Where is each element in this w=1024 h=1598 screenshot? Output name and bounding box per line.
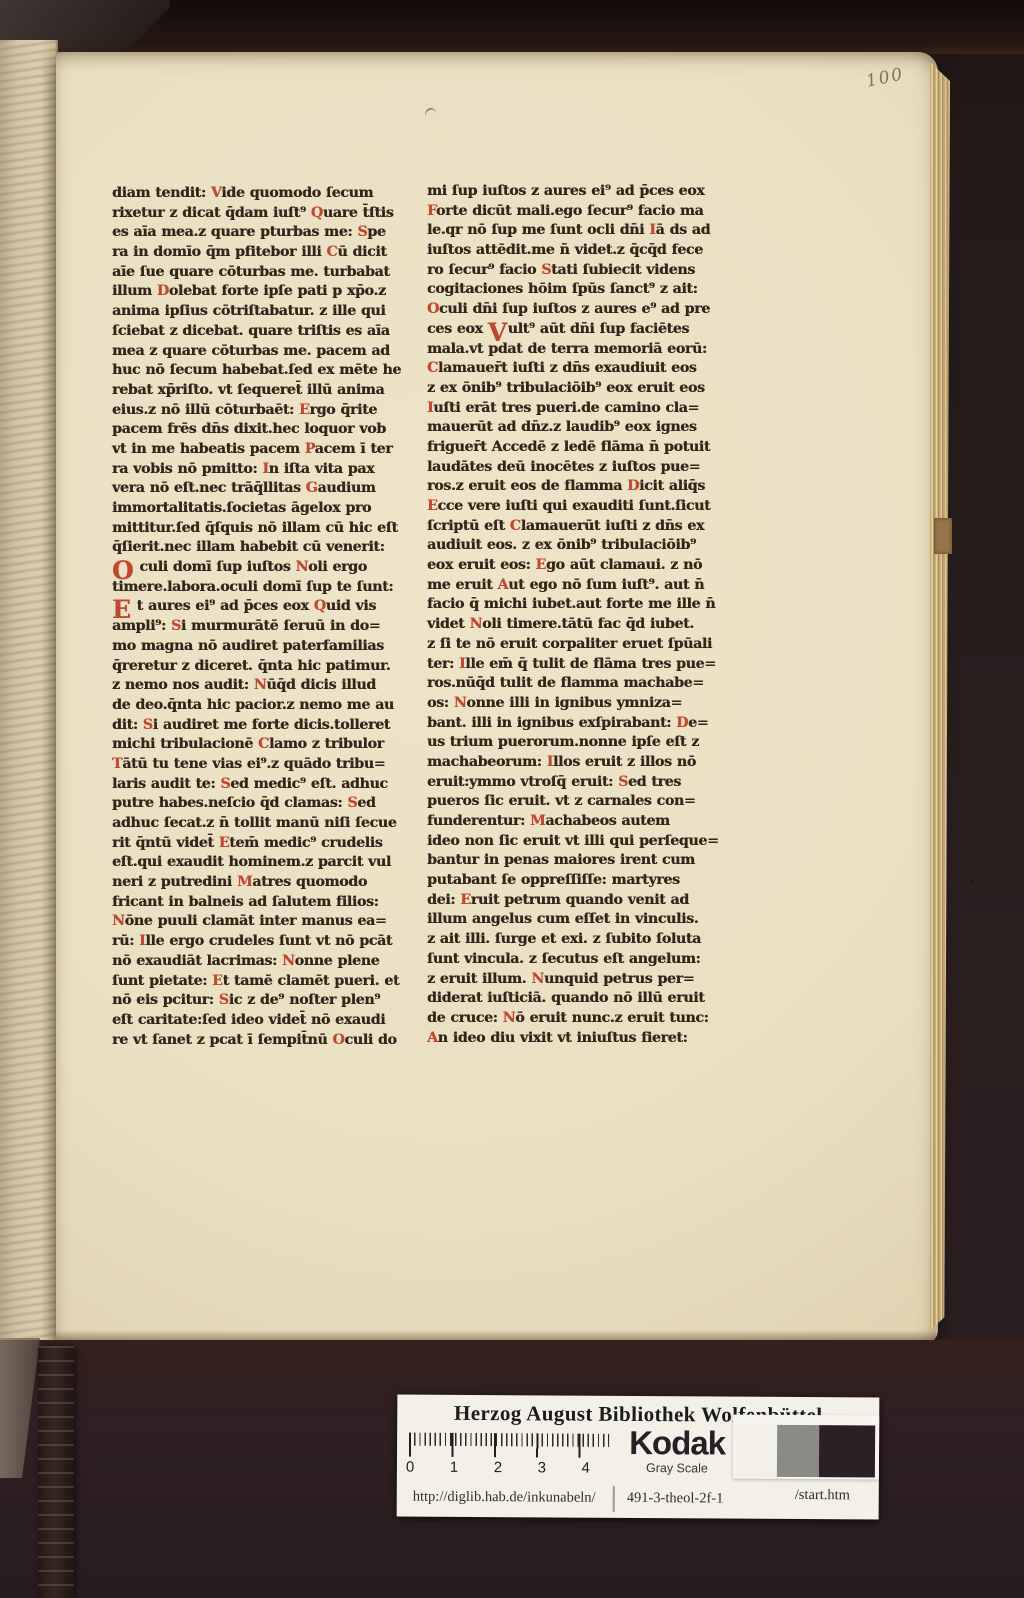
text-line: audiuit eos. z ex ōnib⁹ tribulaciōib⁹ xyxy=(427,536,747,556)
text-line: z eruit illum. Nunquid petrus per= xyxy=(427,970,747,990)
text-line: Oculi dn̄i ſup iuſtos z aures e⁹ ad pre xyxy=(427,300,747,320)
text-line: rixetur z dicat q̄dam iuſt⁹ Quare t̄ſtis xyxy=(112,204,412,224)
text-line: laris audit te: Sed medic⁹ eſt. adhuc xyxy=(112,775,412,795)
digitization-url: http://diglib.hab.de/inkunabeln/ xyxy=(413,1489,596,1507)
text-line: z ſi te nō eruit corpaliter eruet ſpūali xyxy=(427,635,747,655)
text-line: mi ſup iuſtos z aures ei⁹ ad p̄ces eox xyxy=(427,182,747,202)
text-line: michi tribulacionē Clamo z tribulor xyxy=(112,735,412,755)
text-line: Nōne puuli clamāt inter manus ea= xyxy=(112,912,412,932)
text-line: mea z quare cōturbas me. pacem ad xyxy=(112,342,412,362)
measuring-ruler: 01234 xyxy=(409,1433,617,1482)
gray-scale-caption: Gray Scale xyxy=(621,1461,733,1476)
text-line: vera nō eſt.nec trāq̄llitas Gaudium xyxy=(112,479,412,499)
ruler-number: 4 xyxy=(582,1460,590,1477)
text-line: de deo.q̄nta hic pacior.z nemo me au xyxy=(112,696,412,716)
gray-patch-white xyxy=(735,1425,777,1477)
text-line: aīe ſue quare cōturbas me. turbabat xyxy=(112,263,412,283)
text-line: eſt caritate:ſed ideo videt̄ nō exaudi xyxy=(112,1011,412,1031)
text-line: putre habes.neſcio q̄d clamas: Sed xyxy=(112,794,412,814)
text-line: O culi domī ſup iuſtos Noli ergo xyxy=(112,558,412,578)
text-line: nō exaudiāt lacrimas: Nonne plene xyxy=(112,952,412,972)
text-line: anima ipſius cōtriſtabatur. z ille qui xyxy=(112,302,412,322)
ruler-number: 2 xyxy=(494,1459,502,1476)
text-line: ros.nūq̄d tulit de flamma machabe= xyxy=(427,674,747,694)
text-line: ro ſecur⁹ facio Stati ſubiecit videns xyxy=(427,261,747,281)
bookmark-tab xyxy=(934,518,952,554)
text-line: neri z putredini Matres quomodo xyxy=(112,873,412,893)
text-line: ros.z eruit eos de flamma Dicit aliq̄s xyxy=(427,477,747,497)
text-line: q̄ſierit.nec illam habebit cū venerit: xyxy=(112,538,412,558)
text-line: me eruit Aut ego nō ſum iuſt⁹. aut n̄ xyxy=(427,576,747,596)
text-line: huc nō ſecum habebat.ſed ex mēte he xyxy=(112,361,412,381)
text-line: os: Nonne illi in ignibus ymniza= xyxy=(427,694,747,714)
text-line: mauerūt ad dn̄z.z laudib⁹ eox ignes xyxy=(427,418,747,438)
text-line: pacem frēs dn̄s dixit.hec loquor vob xyxy=(112,420,412,440)
text-line: ſcriptū eſt Clamauerūt iuſti z dn̄s ex xyxy=(427,517,747,537)
text-line: timere.labora.oculi domī ſup te ſunt: xyxy=(112,578,412,598)
text-line: iuſtos attēdit.me n̄ videt.z q̄cq̄d fece xyxy=(427,241,747,261)
text-column-left: diam tendit: Vide quomodo ſecumrixetur z… xyxy=(112,184,412,1050)
ruler-numbers: 01234 xyxy=(406,1459,590,1477)
text-line: eius.z nō illū cōturbaēt: Ergo q̄rite xyxy=(112,401,412,421)
text-line: ampli⁹: Si murmurātē ſeruū in do= xyxy=(112,617,412,637)
text-line: fricant in balneis ad ſalutem filios: xyxy=(112,893,412,913)
text-line: z nemo nos audit: Nūq̄d dicis illud xyxy=(112,676,412,696)
text-line: rū: Ille ergo crudeles ſunt vt nō pcāt xyxy=(112,932,412,952)
text-line: es aīa mea.z quare pturbas me: Spe xyxy=(112,223,412,243)
left-fore-edge-strip xyxy=(0,40,58,1340)
text-line: us trium puerorum.nonne ipſe eſt z xyxy=(427,733,747,753)
bleed-through-text-texture xyxy=(0,40,58,1340)
text-line: dei: Eruit petrum quando venit ad xyxy=(427,891,747,911)
text-line: z ex ōnib⁹ tribulaciōib⁹ eox eruit eos xyxy=(427,379,747,399)
ruler-number: 0 xyxy=(406,1459,414,1476)
text-line: machabeorum: Illos eruit z illos nō xyxy=(427,753,747,773)
book-spine xyxy=(38,1346,74,1598)
text-line: diderat iuſticiā. quando nō illū eruit xyxy=(427,989,747,1009)
text-line: ſunt pietate: Et tamē clamēt pueri. et xyxy=(112,972,412,992)
text-line: ideo non ſic eruit vt illi qui perſeque= xyxy=(427,832,747,852)
text-line: vt in me habeatis pacem Pacem ī ter xyxy=(112,440,412,460)
gray-patch-dark xyxy=(819,1425,875,1477)
right-leaf-edges xyxy=(930,62,950,1330)
start-page-path: /start.htm xyxy=(795,1487,850,1504)
kodak-wordmark: Kodak xyxy=(621,1426,733,1461)
text-line: Clamauer̄t iuſti z dn̄s exaudiuit eos xyxy=(427,359,747,379)
text-line: mala.vt pdat de terra memoriā eorū: xyxy=(427,340,747,360)
text-line: eſt.qui exaudit hominem.z parcit vul xyxy=(112,853,412,873)
text-line: z ait illi. ſurge et exi. z ſubito ſolut… xyxy=(427,930,747,950)
text-line: le.qr nō ſup me ſunt ocli dn̄i Iā ds ad xyxy=(427,221,747,241)
text-line: rit q̄ntū videt̄ Etem̄ medic⁹ crudelis xyxy=(112,834,412,854)
text-line: de cruce: Nō eruit nunc.z eruit tunc: xyxy=(427,1009,747,1029)
text-line: ra vobis nō pmitto: In iſta vita pax xyxy=(112,460,412,480)
shelfmark: 491-3-theol-2f-1 xyxy=(627,1490,724,1508)
text-line: An ideo diu vixit vt iniuſtus fieret: xyxy=(427,1029,747,1049)
text-line: friguer̄t Accedē z ledē flāma n̄ potuit xyxy=(427,438,747,458)
text-line: immortalitatis.ſocietas āgelox pro xyxy=(112,499,412,519)
text-line: laudātes deū inocētes z iuſtos pue= xyxy=(427,458,747,478)
text-line: bantur in penas maiores irent cum xyxy=(427,851,747,871)
text-line: pueros ſic eruit. vt z carnales con= xyxy=(427,792,747,812)
text-line: ter: Ille em̄ q̄ tulit de flāma tres pue… xyxy=(427,655,747,675)
library-caption-label: Herzog August Bibliothek Wolfenbüttel 01… xyxy=(397,1395,880,1520)
text-line: illum angelus cum eſſet in vinculis. xyxy=(427,910,747,930)
text-line: adhuc ſecat.z n̄ tollit manū niſi ſecue xyxy=(112,814,412,834)
text-line: dit: Si audiret me forte dicis.tolleret xyxy=(112,716,412,736)
text-line: q̄reretur z diceret. q̄nta hic patimur. xyxy=(112,657,412,677)
text-line: ra in domīo q̄m pfitebor illi Cū dicit xyxy=(112,243,412,263)
text-line: mo magna nō audiret paterfamilias xyxy=(112,637,412,657)
caption-url-row: http://diglib.hab.de/inkunabeln/ 491-3-t… xyxy=(397,1487,879,1518)
text-column-right: mi ſup iuſtos z aures ei⁹ ad p̄ces eoxFo… xyxy=(427,182,747,1048)
text-line: Iuſti erāt tres pueri.de camino cla= xyxy=(427,399,747,419)
text-line: Tātū tu tene vias ei⁹.z quādo tribu= xyxy=(112,755,412,775)
ruler-number: 1 xyxy=(450,1459,458,1476)
text-line: E t aures ei⁹ ad p̄ces eox Quid vis xyxy=(112,597,412,617)
text-line: eox eruit eos: Ego aūt clamaui. z nō xyxy=(427,556,747,576)
scanned-book-photograph: 100 diam tendit: Vide quomodo ſecumrixet… xyxy=(0,0,1024,1598)
gray-patch-mid xyxy=(777,1425,819,1477)
text-line: ſunt vincula. z ſecutus eſt angelum: xyxy=(427,950,747,970)
text-line: funderentur: Machabeos autem xyxy=(427,812,747,832)
text-line: diam tendit: Vide quomodo ſecum xyxy=(112,184,412,204)
text-line: putabant ſe oppreſſiſſe: martyres xyxy=(427,871,747,891)
text-line: rebat xp̄riſto. vt ſequeret̄ illū anima xyxy=(112,381,412,401)
ruler-major-ticks xyxy=(409,1433,611,1458)
text-line: ſciebat z dicebat. quare triſtis es aīa xyxy=(112,322,412,342)
url-divider xyxy=(613,1486,615,1512)
text-line: cogitaciones hōim ſpūs ſanct⁹ z ait: xyxy=(427,280,747,300)
text-line: videt Noli timere.tātū fac q̄d iubet. xyxy=(427,615,747,635)
text-line: Forte dicūt mali.ego ſecur⁹ facio ma xyxy=(427,202,747,222)
text-line: ces eox Vult⁹ aūt dn̄i ſup faciētes xyxy=(427,320,747,340)
text-line: facio q̄ michi iubet.aut forte me ille n… xyxy=(427,595,747,615)
text-line: mittitur.ſed q̄ſquis nō illam cū hic eſt xyxy=(112,519,412,539)
gray-scale-patchbar xyxy=(733,1415,879,1480)
ruler-number: 3 xyxy=(538,1459,546,1476)
kodak-gray-scale-block: Kodak Gray Scale xyxy=(621,1426,733,1476)
text-line: nō eis pcitur: Sic z de⁹ noſter plen⁹ xyxy=(112,991,412,1011)
text-line: bant. illi in ignibus exſpirabant: De= xyxy=(427,714,747,734)
text-line: eruit:ymmo vtroſq̄ eruit: Sed tres xyxy=(427,773,747,793)
text-line: Ecce vere iuſti qui exauditi ſunt.ſicut xyxy=(427,497,747,517)
text-line: re vt ſanet z pcat ī ſempit̄nū Oculi do xyxy=(112,1031,412,1051)
cover-speck: › xyxy=(968,874,975,890)
text-line: illum Dolebat forte ipſe pati p xp̄o.z xyxy=(112,282,412,302)
